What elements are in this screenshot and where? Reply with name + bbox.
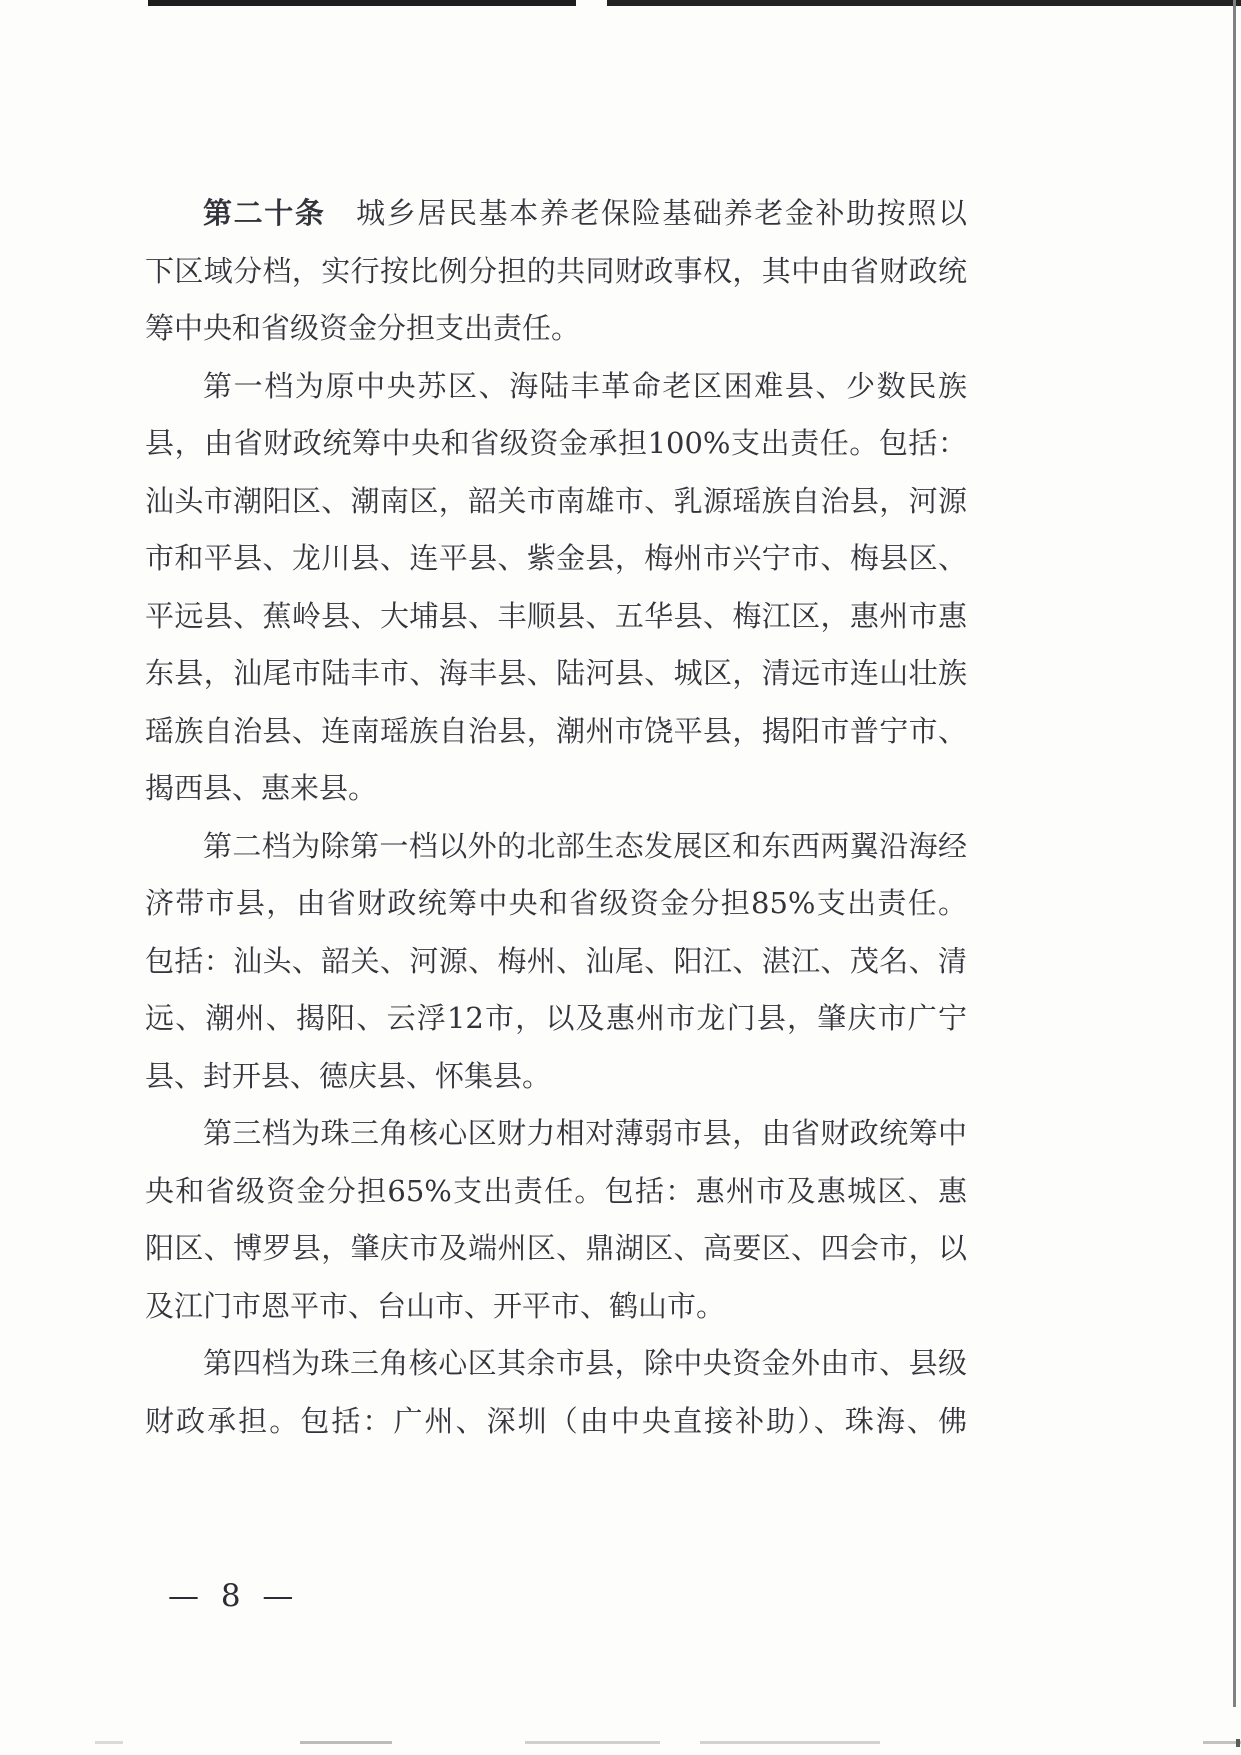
scan-artifact-bottom-smudge — [95, 1741, 123, 1744]
text-line: 平远县、蕉岭县、大埔县、丰顺县、五华县、梅江区，惠州市惠 — [145, 588, 967, 646]
document-body: 第二十条 城乡居民基本养老保险基础养老金补助按照以下区域分档，实行按比例分担的共… — [145, 185, 967, 1450]
scan-artifact-top-band-right — [607, 0, 1241, 6]
text-line: 瑶族自治县、连南瑶族自治县，潮州市饶平县，揭阳市普宁市、 — [145, 703, 967, 761]
text-line: 第二档为除第一档以外的北部生态发展区和东西两翼沿海经 — [145, 818, 967, 876]
scan-artifact-bottom-smudge — [700, 1741, 880, 1744]
text-line: 东县，汕尾市陆丰市、海丰县、陆河县、城区，清远市连山壮族 — [145, 645, 967, 703]
text-line: 市和平县、龙川县、连平县、紫金县，梅州市兴宁市、梅县区、 — [145, 530, 967, 588]
text-line: 县、封开县、德庆县、怀集县。 — [145, 1048, 967, 1106]
text-line: 第三档为珠三角核心区财力相对薄弱市县，由省财政统筹中 — [145, 1105, 967, 1163]
scan-artifact-bottom-smudge — [525, 1741, 660, 1744]
text-line: 济带市县，由省财政统筹中央和省级资金分担85%支出责任。 — [145, 875, 967, 933]
text-line: 县，由省财政统筹中央和省级资金承担100%支出责任。包括： — [145, 415, 967, 473]
document-page: 第二十条 城乡居民基本养老保险基础养老金补助按照以下区域分档，实行按比例分担的共… — [0, 0, 1241, 1755]
text-line: 筹中央和省级资金分担支出责任。 — [145, 300, 967, 358]
text-line: 财政承担。包括：广州、深圳（由中央直接补助）、珠海、佛 — [145, 1393, 967, 1451]
text-line: 包括：汕头、韶关、河源、梅州、汕尾、阳江、湛江、茂名、清 — [145, 933, 967, 991]
page-number: — 8 — — [168, 1578, 299, 1614]
text-line: 阳区、博罗县，肇庆市及端州区、鼎湖区、高要区、四会市，以 — [145, 1220, 967, 1278]
article-number: 第二十条 — [203, 196, 326, 230]
scan-artifact-top-band-left — [148, 0, 576, 6]
text-line: 揭西县、惠来县。 — [145, 760, 967, 818]
scan-artifact-corner-dot — [1236, 1739, 1240, 1747]
text-line: 第四档为珠三角核心区其余市县，除中央资金外由市、县级 — [145, 1335, 967, 1393]
text-line: 及江门市恩平市、台山市、开平市、鹤山市。 — [145, 1278, 967, 1336]
text-line: 第一档为原中央苏区、海陆丰革命老区困难县、少数民族 — [145, 358, 967, 416]
scan-artifact-bottom-smudge — [300, 1741, 392, 1744]
scan-artifact-right-edge-line — [1233, 0, 1236, 1707]
text-line: 第二十条 城乡居民基本养老保险基础养老金补助按照以 — [145, 185, 967, 243]
text-line: 央和省级资金分担65%支出责任。包括：惠州市及惠城区、惠 — [145, 1163, 967, 1221]
text-line: 下区域分档，实行按比例分担的共同财政事权，其中由省财政统 — [145, 243, 967, 301]
text-line: 远、潮州、揭阳、云浮12市，以及惠州市龙门县，肇庆市广宁 — [145, 990, 967, 1048]
text-line: 汕头市潮阳区、潮南区，韶关市南雄市、乳源瑶族自治县，河源 — [145, 473, 967, 531]
